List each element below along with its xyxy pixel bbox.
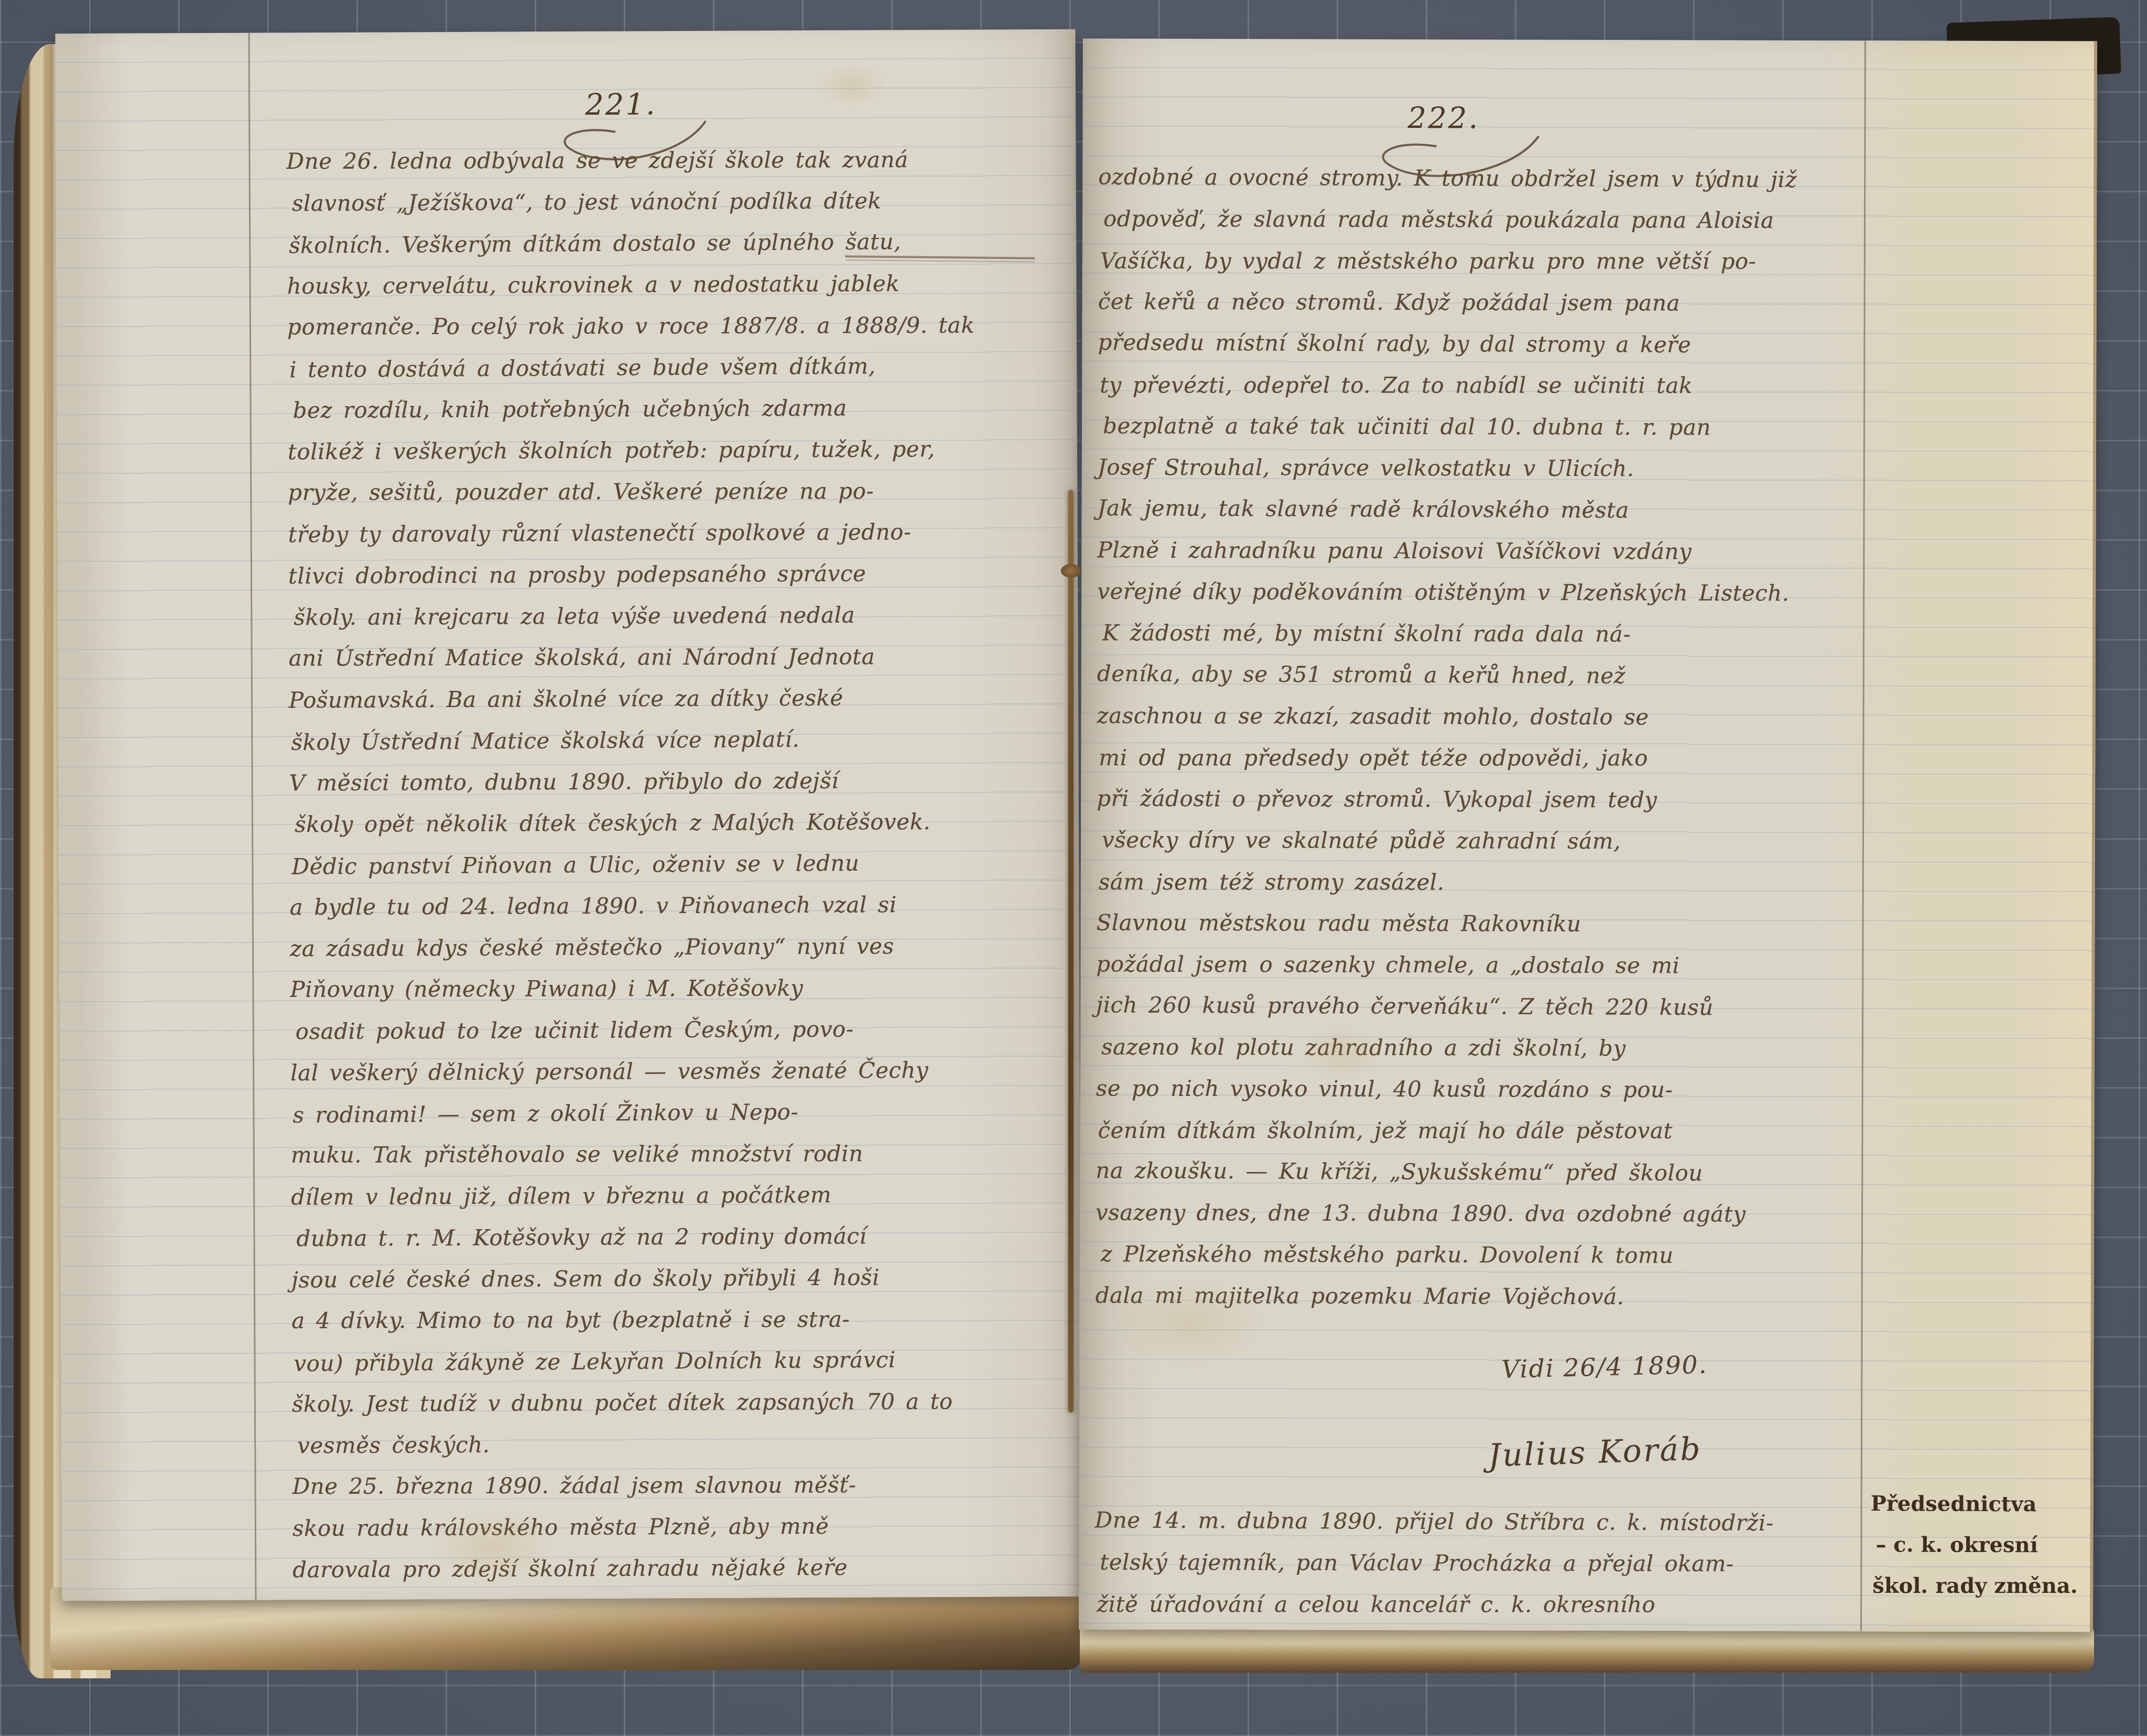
handwritten-line: lal veškerý dělnický personál — vesměs ž… bbox=[290, 1057, 1056, 1101]
handwritten-line: za zásadu kdys české městečko „Piovany“ … bbox=[290, 932, 1055, 977]
handwritten-line: pryže, sešitů, pouzder atd. Veškeré pení… bbox=[288, 478, 1053, 521]
handwritten-line: pomeranče. Po celý rok jako v roce 1887/… bbox=[287, 312, 1053, 355]
handwritten-line: dubna t. r. M. Kotěšovky až na 2 rodiny … bbox=[296, 1222, 1061, 1267]
handwritten-line: a 4 dívky. Mimo to na byt (bezplatně i s… bbox=[291, 1306, 1057, 1349]
margin-note-line: Předsednictva bbox=[1870, 1491, 2090, 1533]
handwritten-line: ani Ústřední Matice školská, ani Národní… bbox=[289, 643, 1054, 687]
page-221-text: Dne 26. ledna odbývala se ve zdejší škol… bbox=[286, 146, 1058, 1598]
handwritten-line: V měsíci tomto, dubnu 1890. přibylo do z… bbox=[289, 767, 1055, 811]
handwritten-line: vsazeny dnes, dne 13. dubna 1890. dva oz… bbox=[1096, 1200, 1858, 1243]
margin-note-line: škol. rady změna. bbox=[1872, 1574, 2092, 1614]
handwritten-line: darovala pro zdejší školní zahradu nějak… bbox=[292, 1554, 1058, 1598]
handwritten-line: Jak jemu, tak slavné radě královského mě… bbox=[1097, 495, 1860, 539]
handwritten-line: i tento dostává a dostávati se bude všem… bbox=[289, 352, 1055, 398]
page-222-text: ozdobné a ovocné stromy. K tomu obdržel … bbox=[1096, 165, 1861, 1326]
handwritten-line: školy opět několik dítek českých z Malýc… bbox=[295, 808, 1060, 853]
handwritten-line: při žádosti o převoz stromů. Vykopal jse… bbox=[1097, 786, 1859, 829]
handwritten-line: vesměs českých. bbox=[297, 1429, 1062, 1474]
page-222-closing-text: Dne 14. m. dubna 1890. přijel do Stříbra… bbox=[1094, 1501, 1858, 1627]
handwritten-line: Dne 25. března 1890. žádal jsem slavnou … bbox=[292, 1471, 1058, 1515]
vidi-date-line: Vidi 26/4 1890. bbox=[1501, 1350, 1708, 1384]
handwritten-line: Vašíčka, by vydal z městského parku pro … bbox=[1100, 248, 1863, 290]
handwritten-line: všecky díry ve skalnaté půdě zahradní sá… bbox=[1102, 827, 1864, 871]
handwritten-line: telský tajemník, pan Václav Procházka a … bbox=[1100, 1543, 1862, 1586]
handwritten-line: dílem v lednu již, dílem v březnu a počá… bbox=[291, 1181, 1056, 1225]
handwritten-line: slavnosť „Ježíškova“, to jest vánoční po… bbox=[292, 187, 1057, 232]
handwritten-line: sám jsem též stromy zasázel. bbox=[1099, 869, 1861, 911]
margin-note-line: – c. k. okresní bbox=[1875, 1532, 2096, 1574]
page-222: 222. ozdobné a ovocné stromy. K tomu obd… bbox=[1079, 38, 2097, 1632]
handwritten-line: K žádosti mé, by místní školní rada dala… bbox=[1102, 620, 1865, 664]
handwritten-line: požádal jsem o sazenky chmele, a „dostal… bbox=[1096, 951, 1859, 995]
chronicler-signature: Julius Koráb bbox=[1488, 1430, 1703, 1474]
handwritten-line: jsou celé české dnes. Sem do školy přiby… bbox=[291, 1264, 1057, 1308]
handwritten-line: tolikéž i veškerých školních potřeb: pap… bbox=[288, 436, 1053, 480]
handwritten-line: školy. ani krejcaru za leta výše uvedená… bbox=[294, 601, 1059, 646]
handwritten-line: jich 260 kusů pravého červeňáku“. Z těch… bbox=[1096, 992, 1859, 1036]
handwritten-line: čet keřů a něco stromů. Když požádal jse… bbox=[1098, 289, 1861, 332]
handwritten-line: na zkoušku. — Ku kříži, „Sykušskému“ pře… bbox=[1096, 1157, 1858, 1202]
handwritten-line: Plzně i zahradníku panu Aloisovi Vašíčko… bbox=[1097, 537, 1860, 581]
chronicle-scan: 221. Dne 26. ledna odbývala se ve zdejší… bbox=[0, 0, 2147, 1736]
handwritten-line: předsedu místní školní rady, by dal stro… bbox=[1098, 329, 1860, 374]
handwritten-line: z Plzeňského městského parku. Dovolení k… bbox=[1101, 1241, 1863, 1285]
margin-note: Předsednictva– c. k. okresníškol. rady z… bbox=[1870, 1491, 2091, 1614]
handwritten-line: bez rozdílu, knih potřebných učebných zd… bbox=[293, 394, 1058, 439]
handwritten-line: Dědic panství Piňovan a Ulic, oženiv se … bbox=[291, 849, 1057, 895]
handwritten-line: školních. Veškerým dítkám dostalo se úpl… bbox=[289, 227, 1054, 274]
binding-thread bbox=[1068, 490, 1073, 1413]
handwritten-line: se po nich vysoko vinul, 40 kusů rozdáno… bbox=[1096, 1076, 1859, 1119]
handwritten-line: školy Ústřední Matice školská více nepla… bbox=[291, 724, 1056, 771]
handwritten-line: Pošumavská. Ba ani školné více za dítky … bbox=[289, 684, 1054, 729]
handwritten-line: tlivci dobrodinci na prosby podepsaného … bbox=[288, 560, 1054, 604]
paper-stain bbox=[816, 61, 889, 109]
handwritten-line: vou) přibyla žákyně ze Lekyřan Dolních k… bbox=[294, 1346, 1059, 1392]
handwritten-line: skou radu královského města Plzně, aby m… bbox=[292, 1512, 1058, 1557]
handwritten-line: mi od pana předsedy opět téže odpovědi, … bbox=[1099, 745, 1861, 787]
handwritten-line: školy. Jest tudíž v dubnu počet dítek za… bbox=[292, 1388, 1057, 1433]
handwritten-line: zaschnou a se zkazí, zasadit mohlo, dost… bbox=[1097, 703, 1859, 746]
handwritten-line: a bydle tu od 24. ledna 1890. v Piňovane… bbox=[290, 891, 1055, 936]
handwritten-line: bezplatně a také tak učiniti dal 10. dub… bbox=[1103, 413, 1866, 457]
handwritten-line: dala mi majitelka pozemku Marie Vojěchov… bbox=[1096, 1283, 1858, 1326]
handwritten-line: osadit pokud to lze učinit lidem Českým,… bbox=[296, 1015, 1061, 1060]
handwritten-line: třeby ty darovaly různí vlastenečtí spol… bbox=[288, 518, 1054, 563]
binding-thread-knot bbox=[1061, 564, 1081, 578]
handwritten-line: ozdobné a ovocné stromy. K tomu obdržel … bbox=[1098, 164, 1861, 208]
handwritten-line: Josef Strouhal, správce velkostatku v Ul… bbox=[1098, 454, 1860, 498]
page-221: 221. Dne 26. ledna odbývala se ve zdejší… bbox=[55, 29, 1082, 1601]
handwritten-line: housky, cervelátu, cukrovinek a v nedost… bbox=[287, 270, 1052, 314]
handwritten-line: žitě úřadování a celou kancelář c. k. ok… bbox=[1097, 1585, 1859, 1626]
handwritten-line: Dne 26. ledna odbývala se ve zdejší škol… bbox=[287, 146, 1052, 190]
handwritten-line: ty převézti, odepřel to. Za to nabídl se… bbox=[1100, 372, 1862, 414]
handwritten-line: Piňovany (německy Piwana) i M. Kotěšovky bbox=[290, 974, 1055, 1018]
handwritten-line: Dne 14. m. dubna 1890. přijel do Stříbra… bbox=[1094, 1500, 1857, 1545]
margin-rule-line bbox=[248, 33, 256, 1600]
handwritten-line: muku. Tak přistěhovalo se veliké množstv… bbox=[291, 1140, 1056, 1184]
handwritten-line: veřejné díky poděkováním otištěným v Plz… bbox=[1097, 579, 1860, 622]
handwritten-line: čením dítkám školním, jež mají ho dále p… bbox=[1098, 1117, 1860, 1159]
handwritten-line: odpověď, že slavná rada městská poukázal… bbox=[1103, 206, 1866, 249]
handwritten-line: s rodinami! — sem z okolí Žinkov u Nepo- bbox=[292, 1097, 1058, 1143]
handwritten-line: deníka, aby se 351 stromů a keřů hned, n… bbox=[1097, 660, 1860, 705]
handwritten-line: Slavnou městskou radu města Rakovníku bbox=[1096, 910, 1859, 953]
handwritten-line: sazeno kol plotu zahradního a zdi školní… bbox=[1101, 1034, 1864, 1078]
